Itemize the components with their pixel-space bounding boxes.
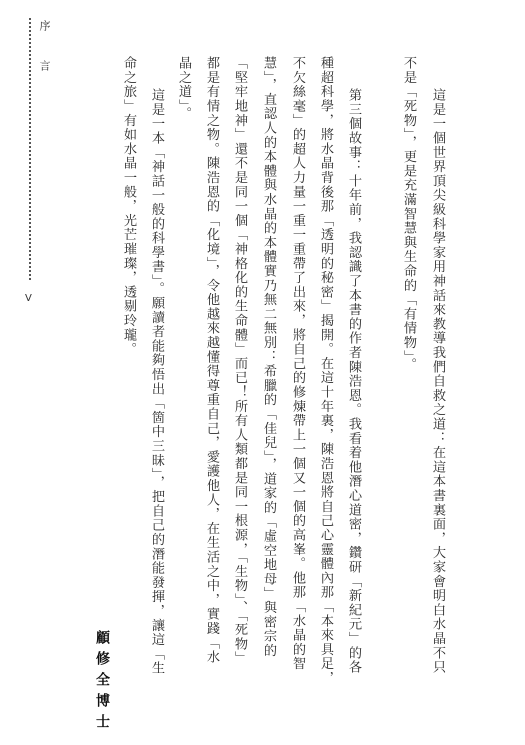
text-column-2: 不是「死物」，更是充滿智慧與生命的「有情物」。 bbox=[400, 56, 416, 372]
text-column-1: 這是一個世界頂尖級科學家用神話來教導我們自救之道：在這本書裏面，大家會明白水晶不… bbox=[429, 88, 445, 674]
author-signature: 顧修全博士 bbox=[92, 630, 112, 735]
document-page: 序 言 V 這是一個世界頂尖級科學家用神話來教導我們自救之道：在這本書裏面，大家… bbox=[0, 0, 525, 745]
text-column-5: 不欠絲毫」的超人力量一重一重帶了出來，將自己的修煉帶上一個又一個的高峯。他那「水… bbox=[289, 56, 305, 671]
text-column-9: 晶之道」。 bbox=[175, 56, 191, 121]
section-label-char-1: 序 bbox=[36, 20, 52, 31]
text-column-4: 種超科學，將水晶背後那「透明的秘密」揭開。在這十年裏，陳浩恩將自己心靈體內那「本… bbox=[317, 56, 333, 685]
text-column-10: 這是一本「神話一般的科學書」。願讀者能夠悟出「箇中三昧」，把自己的潛能發揮，讓這… bbox=[148, 88, 164, 675]
text-column-3: 第三個故事：十年前，我認識了本書的作者陳浩恩。我看着他潛心道密，鑽研「新紀元」的… bbox=[345, 88, 361, 674]
text-column-7: 「堅牢地神」還不是同一個「神格化的生命體」而已！所有人類都是同一根源，「生物」、… bbox=[231, 56, 247, 665]
section-label-char-2: 言 bbox=[36, 60, 52, 71]
page-number: V bbox=[25, 293, 32, 304]
text-column-6: 慧」，直認人的本體與水晶的本體實乃無二無別：希臘的「佳兒」，道家的「虛空地母」與… bbox=[260, 56, 276, 658]
dotted-margin-rule bbox=[29, 18, 31, 280]
text-column-8: 都是有情之物。陳浩恩的「化境」，令他越來越懂得尊重自己，愛護他人，在生活之中，實… bbox=[203, 56, 219, 664]
text-column-11: 命之旅」有如水晶一般，光芒璀璨，透剔玲瓏。 bbox=[120, 56, 136, 356]
